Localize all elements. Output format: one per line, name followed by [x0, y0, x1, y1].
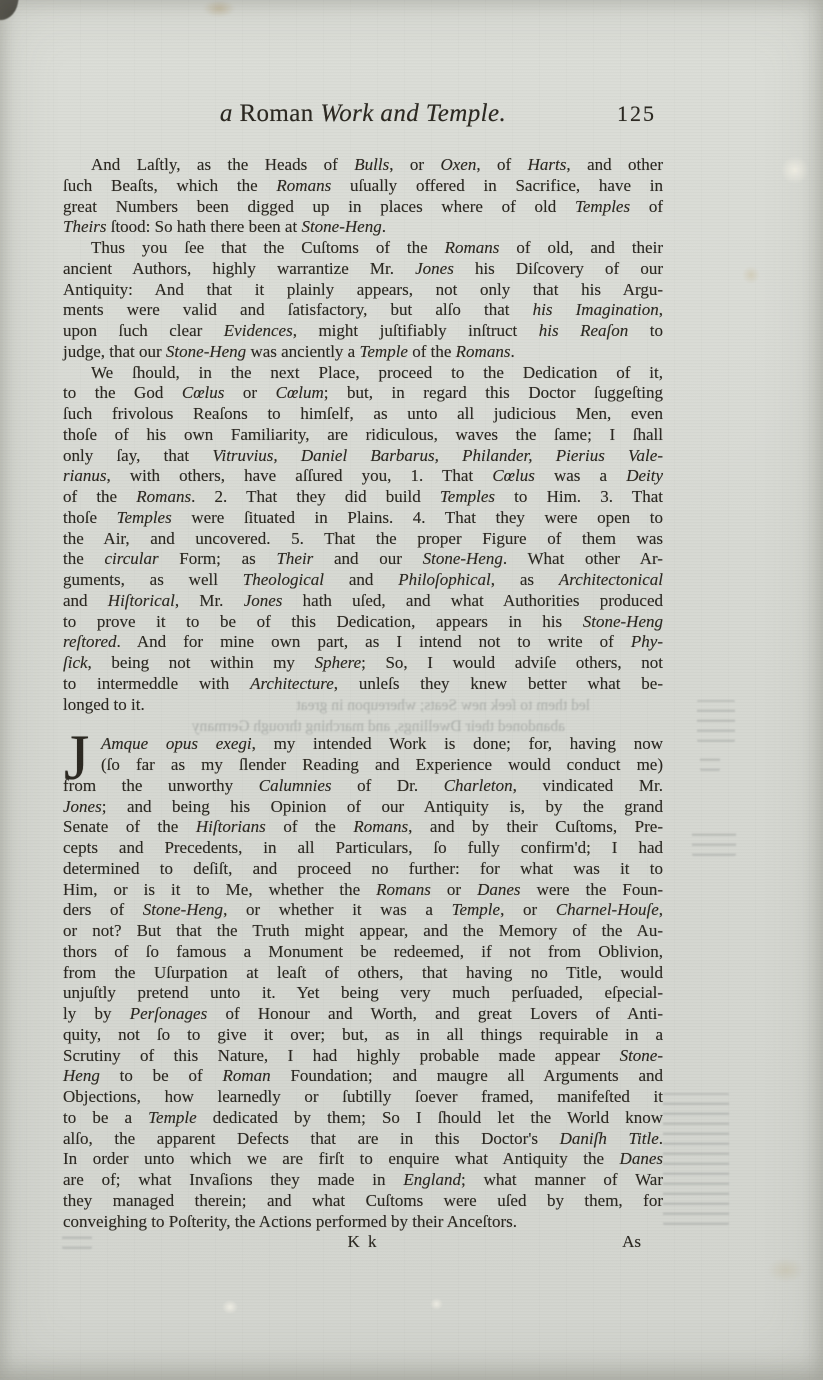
- paper-stain: [768, 1258, 804, 1282]
- roman-text: ſuch frivolous Reaſons to himſelf, as un…: [63, 404, 663, 423]
- roman-text: his Diſcovery of our: [454, 259, 663, 278]
- paper-stain: [222, 1300, 238, 1314]
- roman-text: , and other: [566, 155, 663, 174]
- roman-text: judge, that our: [63, 342, 166, 361]
- roman-text: Senate of the: [63, 817, 196, 836]
- text-line: Senate of the Hiſtorians of the Romans, …: [63, 817, 663, 838]
- text-line: longed to it.: [63, 695, 663, 716]
- roman-text: to intermeddle with: [63, 674, 250, 693]
- catchword: As: [622, 1232, 641, 1252]
- italic-text: a: [220, 100, 240, 127]
- text-block: And Laſtly, as the Heads of Bulls, or Ox…: [63, 155, 663, 1232]
- text-line: great Numbers been digged up in places w…: [63, 197, 663, 218]
- text-line: Scrutiny of this Nature, I had highly pr…: [63, 1046, 663, 1067]
- signature-mark: K k: [347, 1232, 378, 1252]
- roman-text: , as: [491, 570, 559, 589]
- roman-text: . What other Ar-: [503, 549, 663, 568]
- roman-text: , and by their Cuſtoms, Pre-: [408, 817, 663, 836]
- roman-text: and our: [313, 549, 422, 568]
- italic-text: Oxen: [440, 155, 476, 174]
- text-line: ders of Stone-Heng, or whether it was a …: [63, 900, 663, 921]
- text-line: Amque opus exegi, my intended Work is do…: [63, 734, 663, 755]
- italic-text: his Imagination: [533, 300, 659, 319]
- drop-cap: J: [64, 733, 89, 783]
- roman-text: ; So, I would adviſe others, not: [361, 653, 663, 672]
- roman-text: and: [63, 591, 108, 610]
- italic-text: Theirs: [63, 217, 106, 236]
- roman-text: from the unworthy: [63, 776, 259, 795]
- running-header-title: a Roman Work and Temple.: [220, 100, 506, 127]
- italic-text: Amque opus exegi: [101, 734, 252, 753]
- text-line: from the Uſurpation at leaſt of others, …: [63, 963, 663, 984]
- roman-text: , or: [500, 900, 556, 919]
- italic-text: Temple: [452, 900, 501, 919]
- roman-text: the: [63, 549, 104, 568]
- roman-text: were ſituated in Plains. 4. That they we…: [172, 508, 663, 527]
- italic-text: Temples: [575, 197, 630, 216]
- text-line: alſo, the apparent Defects that are in t…: [63, 1129, 663, 1150]
- italic-text: Stone-Heng: [301, 217, 381, 236]
- running-header: a Roman Work and Temple.: [63, 100, 663, 140]
- roman-text: Foundation; and maugre all Arguments and: [271, 1066, 663, 1085]
- roman-text: thoſe of his own Familiarity, are ridicu…: [63, 425, 663, 444]
- italic-text: Theological: [243, 570, 324, 589]
- roman-text: .: [659, 1129, 663, 1148]
- paragraph: Thus you ſee that the Cuſtoms of the Rom…: [63, 238, 663, 363]
- italic-text: Stone-Heng: [423, 549, 503, 568]
- roman-text: and: [324, 570, 398, 589]
- roman-text: ; and being his Opinion of our Antiquity…: [102, 797, 663, 816]
- roman-text: only ſay, that: [63, 446, 212, 465]
- text-line: are of; what Invaſions they made in Engl…: [63, 1170, 663, 1191]
- italic-text: Jones: [244, 591, 283, 610]
- roman-text: of Honour and Worth, and great Lovers of…: [207, 1004, 663, 1023]
- page-number: 125: [617, 101, 677, 127]
- roman-text: of: [630, 197, 663, 216]
- roman-text: conveighing to Poſterity, the Actions pe…: [63, 1212, 517, 1231]
- italic-text: Temple: [148, 1108, 197, 1127]
- roman-text: ſtood: So hath there been at: [106, 217, 301, 236]
- roman-text: to the God: [63, 383, 182, 402]
- page-corner-mark: [0, 0, 19, 23]
- roman-text: longed to it.: [63, 695, 145, 714]
- italic-text: Cœlus: [182, 383, 225, 402]
- text-line: Heng to be of Roman Foundation; and maug…: [63, 1066, 663, 1087]
- text-line: determined to deſiſt, and proceed no fur…: [63, 859, 663, 880]
- book-page: a Roman Work and Temple. 125 led them to…: [0, 0, 823, 1380]
- text-line: the circular Form; as Their and our Ston…: [63, 549, 663, 570]
- paragraph: JAmque opus exegi, my intended Work is d…: [63, 734, 663, 1232]
- roman-text: ancient Authors, highly warrantize Mr.: [63, 259, 415, 278]
- italic-text: Romans: [136, 487, 191, 506]
- text-line: and Hiſtorical, Mr. Jones hath uſed, and…: [63, 591, 663, 612]
- roman-text: . 2. That they did build: [191, 487, 440, 506]
- roman-text: , vindicated Mr.: [513, 776, 663, 795]
- text-line: We ſhould, in the next Place, proceed to…: [63, 363, 663, 384]
- text-line: reſtored. And for mine own part, as I in…: [63, 632, 663, 653]
- italic-text: rianus: [63, 466, 106, 485]
- italic-text: Sphere: [315, 653, 362, 672]
- italic-text: Danes: [477, 880, 520, 899]
- roman-text: to be a: [63, 1108, 148, 1127]
- text-line: ſick, being not within my Sphere; So, I …: [63, 653, 663, 674]
- roman-text: We ſhould, in the next Place, proceed to…: [91, 363, 663, 382]
- roman-text: , with others, have aſſured you, 1. That: [106, 466, 492, 485]
- italic-text: England: [403, 1170, 461, 1189]
- roman-text: thoſe: [63, 508, 117, 527]
- roman-text: or not? But that the Truth might appear,…: [63, 921, 663, 940]
- italic-text: Charnel-Houſe: [556, 900, 659, 919]
- roman-text: or: [224, 383, 275, 402]
- text-line: In order unto which we are firſt to enqu…: [63, 1149, 663, 1170]
- roman-text: ments were valid and ſatisfactory, but a…: [63, 300, 533, 319]
- signature-catchword-row: K k As: [63, 1232, 663, 1254]
- text-line: upon ſuch clear Evidences, might juſtifi…: [63, 321, 663, 342]
- roman-text: were the Foun-: [521, 880, 663, 899]
- roman-text: , my intended Work is done; for, having …: [252, 734, 663, 753]
- roman-text: , of: [476, 155, 527, 174]
- roman-text: upon ſuch clear: [63, 321, 224, 340]
- italic-text: Hiſtorians: [196, 817, 266, 836]
- italic-text: Vitruvius, Daniel Barbarus, Philander, P…: [212, 446, 663, 465]
- text-line: only ſay, that Vitruvius, Daniel Barbaru…: [63, 446, 663, 467]
- text-line: Theirs ſtood: So hath there been at Ston…: [63, 217, 663, 238]
- roman-text: to: [628, 321, 663, 340]
- roman-text: . And for mine own part, as I intend not…: [117, 632, 631, 651]
- text-line: from the unworthy Calumnies of Dr. Charl…: [63, 776, 663, 797]
- italic-text: Cœlum: [276, 383, 324, 402]
- italic-text: Cœlus: [492, 466, 535, 485]
- roman-text: ſuch Beaſts, which the: [63, 176, 276, 195]
- roman-text: In order unto which we are firſt to enqu…: [63, 1149, 620, 1168]
- text-line: Thus you ſee that the Cuſtoms of the Rom…: [63, 238, 663, 259]
- italic-text: Perſonages: [130, 1004, 207, 1023]
- roman-text: are of; what Invaſions they made in: [63, 1170, 403, 1189]
- roman-text: of the: [63, 487, 136, 506]
- text-line: ancient Authors, highly warrantize Mr. J…: [63, 259, 663, 280]
- roman-text: from the Uſurpation at leaſt of others, …: [63, 963, 663, 982]
- italic-text: Their: [276, 549, 313, 568]
- roman-text: And Laſtly, as the Heads of: [91, 155, 354, 174]
- text-line: unjuſtly pretend unto it. Yet being very…: [63, 983, 663, 1004]
- italic-text: Stone-Heng: [166, 342, 246, 361]
- text-line: Him, or is it to Me, whether the Romans …: [63, 880, 663, 901]
- paper-stain: [430, 1298, 443, 1310]
- italic-text: his Reaſon: [539, 321, 629, 340]
- text-line: or not? But that the Truth might appear,…: [63, 921, 663, 942]
- italic-text: Stone-Heng: [583, 612, 663, 631]
- italic-text: Romans: [456, 342, 511, 361]
- text-line: judge, that our Stone-Heng was anciently…: [63, 342, 663, 363]
- italic-text: Romans: [276, 176, 331, 195]
- roman-text: ders of: [63, 900, 143, 919]
- italic-text: Charleton: [444, 776, 513, 795]
- bleedthrough-smudge: [663, 1093, 729, 1225]
- roman-text: to prove it to be of this Dedication, ap…: [63, 612, 583, 631]
- roman-text: quity, not ſo to give it over; but, as i…: [63, 1025, 663, 1044]
- text-line: they managed therein; and what Cuſtoms w…: [63, 1191, 663, 1212]
- bleedthrough-smudge: [700, 757, 720, 771]
- roman-text: .: [510, 342, 514, 361]
- roman-text: , Mr.: [175, 591, 244, 610]
- roman-text: Thus you ſee that the Cuſtoms of the: [91, 238, 445, 257]
- italic-text: Roman: [222, 1066, 270, 1085]
- italic-text: Architectonical: [559, 570, 663, 589]
- roman-text: thors of ſo famous a Monument be redeeme…: [63, 942, 663, 961]
- italic-text: Temple: [359, 342, 408, 361]
- text-line: thors of ſo famous a Monument be redeeme…: [63, 942, 663, 963]
- paragraph: We ſhould, in the next Place, proceed to…: [63, 363, 663, 716]
- roman-text: Objections, how learnedly or ſubtilly ſo…: [63, 1087, 663, 1106]
- text-line: of the Romans. 2. That they did build Te…: [63, 487, 663, 508]
- text-line: to be a Temple dedicated by them; So I ſ…: [63, 1108, 663, 1129]
- italic-text: Phy-: [631, 632, 663, 651]
- italic-text: Evidences: [224, 321, 293, 340]
- text-line: And Laſtly, as the Heads of Bulls, or Ox…: [63, 155, 663, 176]
- roman-text: they managed therein; and what Cuſtoms w…: [63, 1191, 663, 1210]
- italic-text: Stone-: [620, 1046, 663, 1065]
- roman-text: uſually offered in Sacrifice, have in: [331, 176, 663, 195]
- roman-text: Antiquity: And that it plainly appears, …: [63, 280, 663, 299]
- text-line: (ſo far as my ſlender Reading and Experi…: [63, 755, 663, 776]
- roman-text: guments, as well: [63, 570, 243, 589]
- roman-text: to Him. 3. That: [495, 487, 663, 506]
- roman-text: , unleſs they knew better what be-: [334, 674, 663, 693]
- italic-text: Daniſh Title: [560, 1129, 659, 1148]
- text-line: ments were valid and ſatisfactory, but a…: [63, 300, 663, 321]
- italic-text: Architecture: [250, 674, 334, 693]
- roman-text: ; but, in regard this Doctor ſuggeſting: [324, 383, 663, 402]
- italic-text: ſick: [63, 653, 88, 672]
- italic-text: Hiſtorical: [108, 591, 175, 610]
- roman-text: alſo, the apparent Defects that are in t…: [63, 1129, 560, 1148]
- italic-text: Work and Temple.: [320, 100, 506, 127]
- roman-text: determined to deſiſt, and proceed no fur…: [63, 859, 663, 878]
- roman-text: ; what manner of War: [461, 1170, 663, 1189]
- italic-text: Harts: [528, 155, 567, 174]
- text-line: rianus, with others, have aſſured you, 1…: [63, 466, 663, 487]
- text-line: ſuch frivolous Reaſons to himſelf, as un…: [63, 404, 663, 425]
- text-line: cepts and Precedents, in all Particulars…: [63, 838, 663, 859]
- italic-text: Heng: [63, 1066, 100, 1085]
- roman-text: ,: [659, 300, 663, 319]
- paper-stain: [742, 266, 760, 284]
- italic-text: Jones: [415, 259, 454, 278]
- italic-text: Romans: [376, 880, 431, 899]
- roman-text: hath uſed, and what Authorities produced: [282, 591, 663, 610]
- text-line: to prove it to be of this Dedication, ap…: [63, 612, 663, 633]
- roman-text: was a: [535, 466, 626, 485]
- italic-text: Stone-Heng: [143, 900, 223, 919]
- italic-text: Philoſophical: [398, 570, 491, 589]
- italic-text: Temples: [440, 487, 495, 506]
- bleedthrough-smudge: [692, 830, 736, 856]
- italic-text: Calumnies: [259, 776, 332, 795]
- roman-text: the Air, and uncovered. 5. That the prop…: [63, 529, 663, 548]
- text-line: thoſe Temples were ſituated in Plains. 4…: [63, 508, 663, 529]
- italic-text: Romans: [353, 817, 408, 836]
- italic-text: Jones: [63, 797, 102, 816]
- text-line: ly by Perſonages of Honour and Worth, an…: [63, 1004, 663, 1025]
- roman-text: of the: [408, 342, 456, 361]
- roman-text: of Dr.: [332, 776, 444, 795]
- roman-text: Form; as: [159, 549, 277, 568]
- roman-text: , or whether it was a: [223, 900, 452, 919]
- text-line: conveighing to Poſterity, the Actions pe…: [63, 1212, 663, 1233]
- roman-text: to be of: [100, 1066, 223, 1085]
- text-line: to the God Cœlus or Cœlum; but, in regar…: [63, 383, 663, 404]
- roman-text: , being not within my: [88, 653, 315, 672]
- roman-text: ly by: [63, 1004, 130, 1023]
- roman-text: was anciently a: [246, 342, 359, 361]
- roman-text: ,: [659, 900, 663, 919]
- paragraph: And Laſtly, as the Heads of Bulls, or Ox…: [63, 155, 663, 238]
- roman-text: unjuſtly pretend unto it. Yet being very…: [63, 983, 663, 1002]
- text-line: Antiquity: And that it plainly appears, …: [63, 280, 663, 301]
- italic-text: Danes: [620, 1149, 663, 1168]
- italic-text: circular: [104, 549, 158, 568]
- roman-text: (ſo far as my ſlender Reading and Experi…: [101, 755, 663, 774]
- roman-text: , or: [389, 155, 440, 174]
- roman-text: Him, or is it to Me, whether the: [63, 880, 376, 899]
- bleedthrough-smudge: [697, 700, 735, 742]
- roman-text: of old, and their: [499, 238, 663, 257]
- text-line: ſuch Beaſts, which the Romans uſually of…: [63, 176, 663, 197]
- italic-text: reſtored: [63, 632, 117, 651]
- roman-text: cepts and Precedents, in all Particulars…: [63, 838, 663, 857]
- text-line: Jones; and being his Opinion of our Anti…: [63, 797, 663, 818]
- italic-text: Romans: [445, 238, 500, 257]
- italic-text: Deity: [626, 466, 663, 485]
- paper-stain: [781, 156, 809, 184]
- roman-text: dedicated by them; So I ſhould let the W…: [197, 1108, 663, 1127]
- roman-text: , might juſtifiably inſtruct: [293, 321, 539, 340]
- text-line: Objections, how learnedly or ſubtilly ſo…: [63, 1087, 663, 1108]
- italic-text: Temples: [117, 508, 172, 527]
- roman-text: .: [382, 217, 386, 236]
- roman-text: or: [431, 880, 477, 899]
- italic-text: Bulls: [354, 155, 389, 174]
- text-line: quity, not ſo to give it over; but, as i…: [63, 1025, 663, 1046]
- text-line: thoſe of his own Familiarity, are ridicu…: [63, 425, 663, 446]
- roman-text: Scrutiny of this Nature, I had highly pr…: [63, 1046, 620, 1065]
- roman-text: great Numbers been digged up in places w…: [63, 197, 575, 216]
- text-line: to intermeddle with Architecture, unleſs…: [63, 674, 663, 695]
- text-line: the Air, and uncovered. 5. That the prop…: [63, 529, 663, 550]
- text-line: guments, as well Theological and Philoſo…: [63, 570, 663, 591]
- paper-stain: [203, 0, 235, 17]
- roman-text: of the: [266, 817, 354, 836]
- roman-text: Roman: [239, 100, 320, 127]
